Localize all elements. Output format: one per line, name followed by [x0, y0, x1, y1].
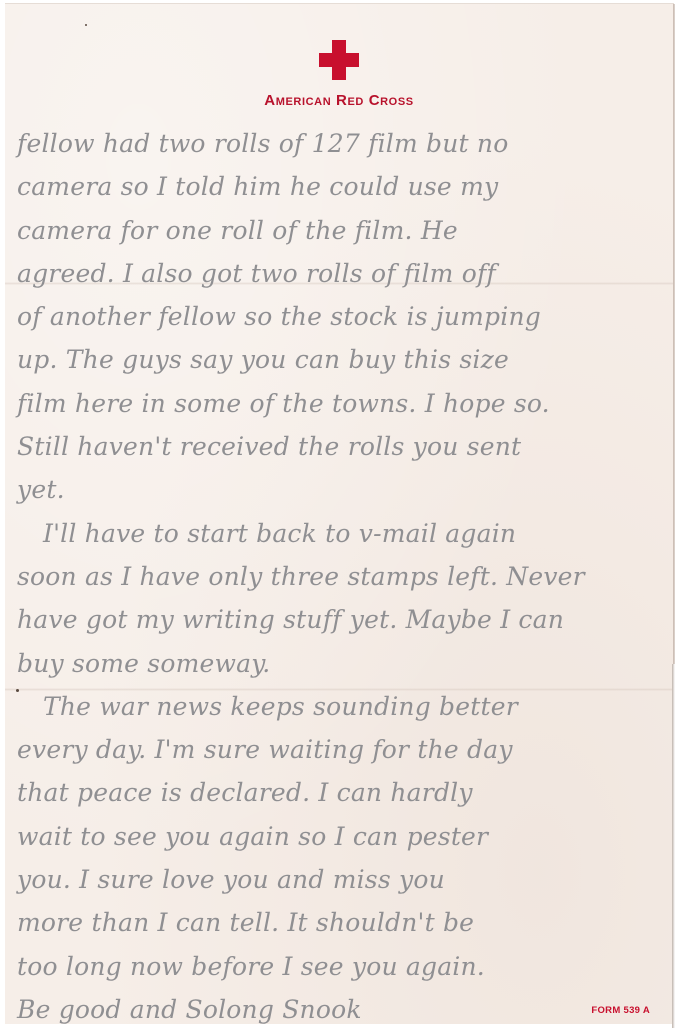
letter-line: more than I can tell. It shouldn't be	[17, 901, 657, 944]
letter-line: Still haven't received the rolls you sen…	[17, 425, 657, 468]
page-edge-shadow	[672, 664, 675, 1024]
letter-line-paragraph-start: The war news keeps sounding better	[17, 685, 657, 728]
letter-line: every day. I'm sure waiting for the day	[17, 728, 657, 771]
form-number: FORM 539 A	[591, 1005, 650, 1016]
letter-line: soon as I have only three stamps left. N…	[17, 555, 657, 598]
letter-page: American Red Cross fellow had two rolls …	[5, 4, 674, 1024]
letter-line: fellow had two rolls of 127 film but no	[17, 122, 657, 165]
letter-line: have got my writing stuff yet. Maybe I c…	[17, 598, 657, 641]
letter-line: wait to see you again so I can pester	[17, 815, 657, 858]
letterhead: American Red Cross	[5, 40, 673, 109]
letter-line: of another fellow so the stock is jumpin…	[17, 295, 657, 338]
letter-line: camera so I told him he could use my	[17, 165, 657, 208]
organization-name: American Red Cross	[5, 92, 673, 109]
letter-line: camera for one roll of the film. He	[17, 209, 657, 252]
letter-line: yet.	[17, 468, 657, 511]
letter-line: that peace is declared. I can hardly	[17, 771, 657, 814]
letter-line: too long now before I see you again.	[17, 945, 657, 988]
paper-speck	[85, 24, 87, 26]
letter-line: film here in some of the towns. I hope s…	[17, 382, 657, 425]
letter-signoff: Be good and Solong Snook	[17, 988, 657, 1024]
red-cross-icon	[319, 40, 359, 80]
letter-line: agreed. I also got two rolls of film off	[17, 252, 657, 295]
letter-line: up. The guys say you can buy this size	[17, 338, 657, 381]
handwritten-letter-body: fellow had two rolls of 127 film but no …	[17, 122, 657, 1024]
letter-line: you. I sure love you and miss you	[17, 858, 657, 901]
letter-line: buy some someway.	[17, 642, 657, 685]
letter-line-paragraph-start: I'll have to start back to v-mail again	[17, 512, 657, 555]
